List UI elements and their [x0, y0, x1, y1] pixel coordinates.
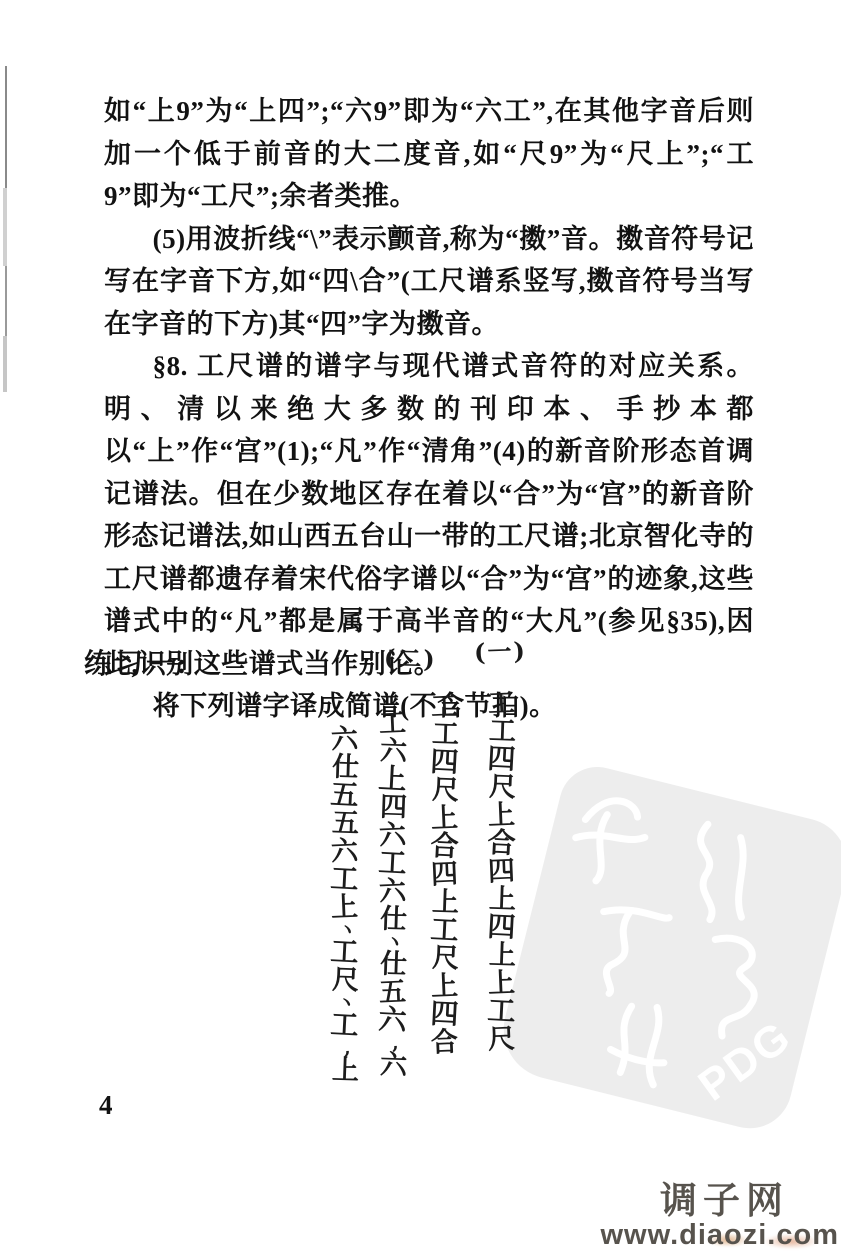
- gongche-char: 六: [330, 725, 358, 754]
- gongche-char: 五: [331, 810, 359, 839]
- site-url-watermark: www.diaozi.com: [561, 1219, 839, 1251]
- paragraph: (5)用波折线“\”表示颤音,称为“擞”音。擞音符号记写在字音下方,如“四\合”…: [104, 218, 754, 346]
- gongche-char: 四: [379, 794, 407, 823]
- page-edge-artifact: [5, 266, 7, 336]
- gongche-char: 四: [487, 857, 515, 886]
- gongche-char: 工: [487, 689, 515, 718]
- gongche-char: 尺: [488, 774, 516, 803]
- gongche-char: 六: [378, 877, 406, 906]
- site-name-watermark: 调子网: [561, 1183, 789, 1219]
- paragraph: 如“上9”为“上四”;“六9”即为“六工”,在其他字音后则加一个低于前音的大二度…: [104, 90, 754, 218]
- gongche-column: 工六上四六工六仕ヽ仕五六,六: [369, 710, 415, 1080]
- page-edge-artifact: [5, 66, 7, 188]
- pdg-seal-watermark: PDG: [493, 759, 841, 1137]
- gongche-char: 上: [488, 942, 516, 971]
- gongche-char: 四: [430, 860, 458, 889]
- gongche-column: 工工四尺上合四上工尺上四合: [421, 693, 467, 1057]
- paragraph: §8. 工尺谱的谱字与现代谱式音符的对应关系。明、清以来绝大多数的刊印本、手抄本…: [104, 345, 754, 685]
- gongche-char: 工: [430, 692, 458, 721]
- body-text: 如“上9”为“上四”;“六9”即为“六工”,在其他字音后则加一个低于前音的大二度…: [104, 90, 754, 728]
- gongche-char: 合: [430, 1028, 458, 1057]
- seal-script-glyphs: [493, 759, 841, 1137]
- gongche-char: 六: [379, 1052, 407, 1081]
- gongche-char: 尺: [431, 777, 459, 806]
- gongche-char: 仕: [379, 951, 407, 980]
- page-number: 4: [99, 1090, 113, 1121]
- gongche-char: 上: [331, 1057, 359, 1086]
- exercise-one-label: 练习一:: [84, 642, 189, 682]
- page-edge-artifact: [3, 188, 7, 266]
- exercise-group-label: (二): [384, 638, 438, 674]
- gongche-char: 尺: [487, 1025, 515, 1054]
- gongche-char: 工: [378, 709, 406, 738]
- gongche-column: 六仕五五六工上ヽ工尺ヽ工,上: [321, 726, 367, 1085]
- book-page-scan: PDG 如“上9”为“上四”;“六9”即为“六工”,在其他字音后则加一个低于前音…: [0, 0, 841, 1259]
- gongche-char: 尺: [431, 945, 459, 974]
- gongche-column: 工工四尺上合四上四上上工尺: [478, 690, 524, 1054]
- exercise-group-label: (一): [473, 631, 527, 668]
- site-watermark: 调子网 www.diaozi.com: [561, 1183, 841, 1251]
- page-edge-artifact: [3, 336, 7, 392]
